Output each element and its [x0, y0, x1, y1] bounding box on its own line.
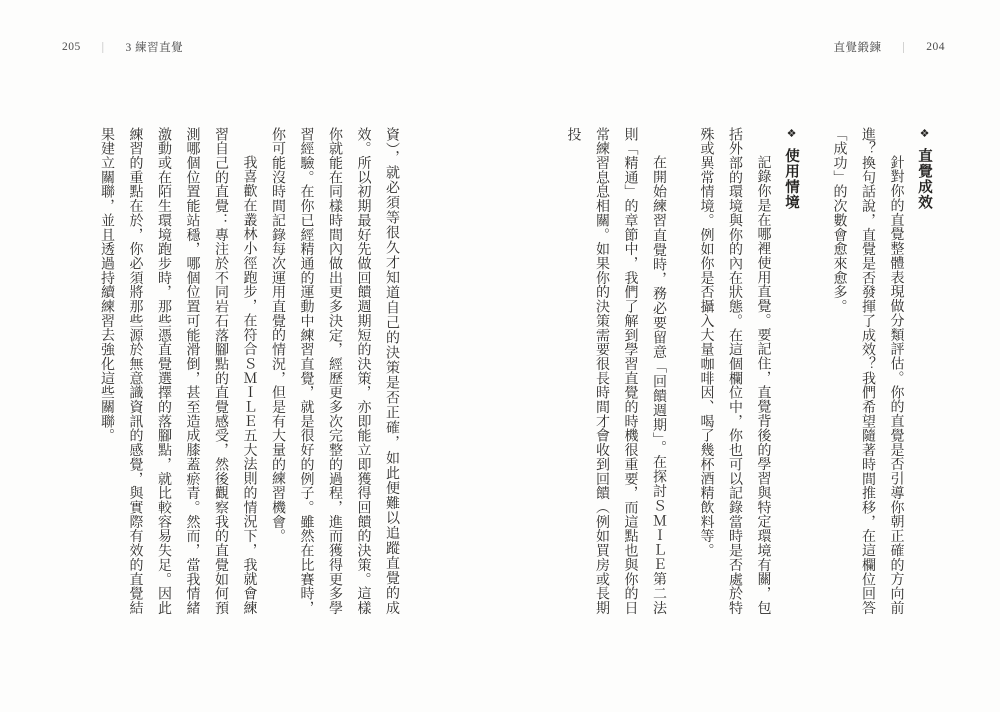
body-paragraph: 針對你的直覺整體表現做分類評估。你的直覺是否引導你朝正確的方向前進？換句話說，直… — [824, 127, 910, 615]
page-205-text: 資），就必須等很久才知道自己的決策是否正確，如此便難以追蹤直覺的成效。所以初期最… — [92, 127, 406, 615]
running-head-left: 205 | 3 練習直覺 — [62, 39, 183, 55]
florette-icon: ❖ — [785, 127, 797, 141]
section-heading-usage-context: ❖使用情境 — [777, 127, 806, 615]
page-number-left: 205 — [62, 41, 81, 53]
header-separator: | — [903, 40, 906, 54]
florette-icon: ❖ — [918, 127, 930, 141]
running-head-right: 直覺鍛鍊 | 204 — [834, 39, 945, 55]
page-number-right: 204 — [926, 41, 945, 53]
body-paragraph-continuation: 資），就必須等很久才知道自己的決策是否正確，如此便難以追蹤直覺的成效。所以初期最… — [263, 127, 406, 615]
book-spread: 205 | 3 練習直覺 直覺鍛鍊 | 204 ❖直覺成效 針對你的直覺整體表現… — [0, 0, 1000, 712]
section-heading-intuition-effectiveness: ❖直覺成效 — [910, 127, 939, 615]
body-paragraph: 我喜歡在叢林小徑跑步，在符合ＳＭＩＬＥ五大法則的情況下，我就會練習自己的直覺：專… — [92, 127, 263, 615]
page-204-text: ❖直覺成效 針對你的直覺整體表現做分類評估。你的直覺是否引導你朝正確的方向前進？… — [558, 127, 938, 615]
header-separator: | — [102, 40, 105, 54]
body-paragraph: 記錄你是在哪裡使用直覺。要記住，直覺背後的學習與特定環境有關，包括外部的環境與你… — [691, 127, 777, 615]
body-paragraph: 在開始練習直覺時，務必要留意「回饋週期」。在探討ＳＭＩＬＥ第二法則「精通」的章節… — [558, 127, 672, 615]
section-title: 使用情境 — [783, 148, 799, 210]
section-title: 直覺成效 — [916, 148, 932, 210]
book-title: 直覺鍛鍊 — [834, 39, 882, 55]
chapter-label: 3 練習直覺 — [125, 39, 183, 55]
